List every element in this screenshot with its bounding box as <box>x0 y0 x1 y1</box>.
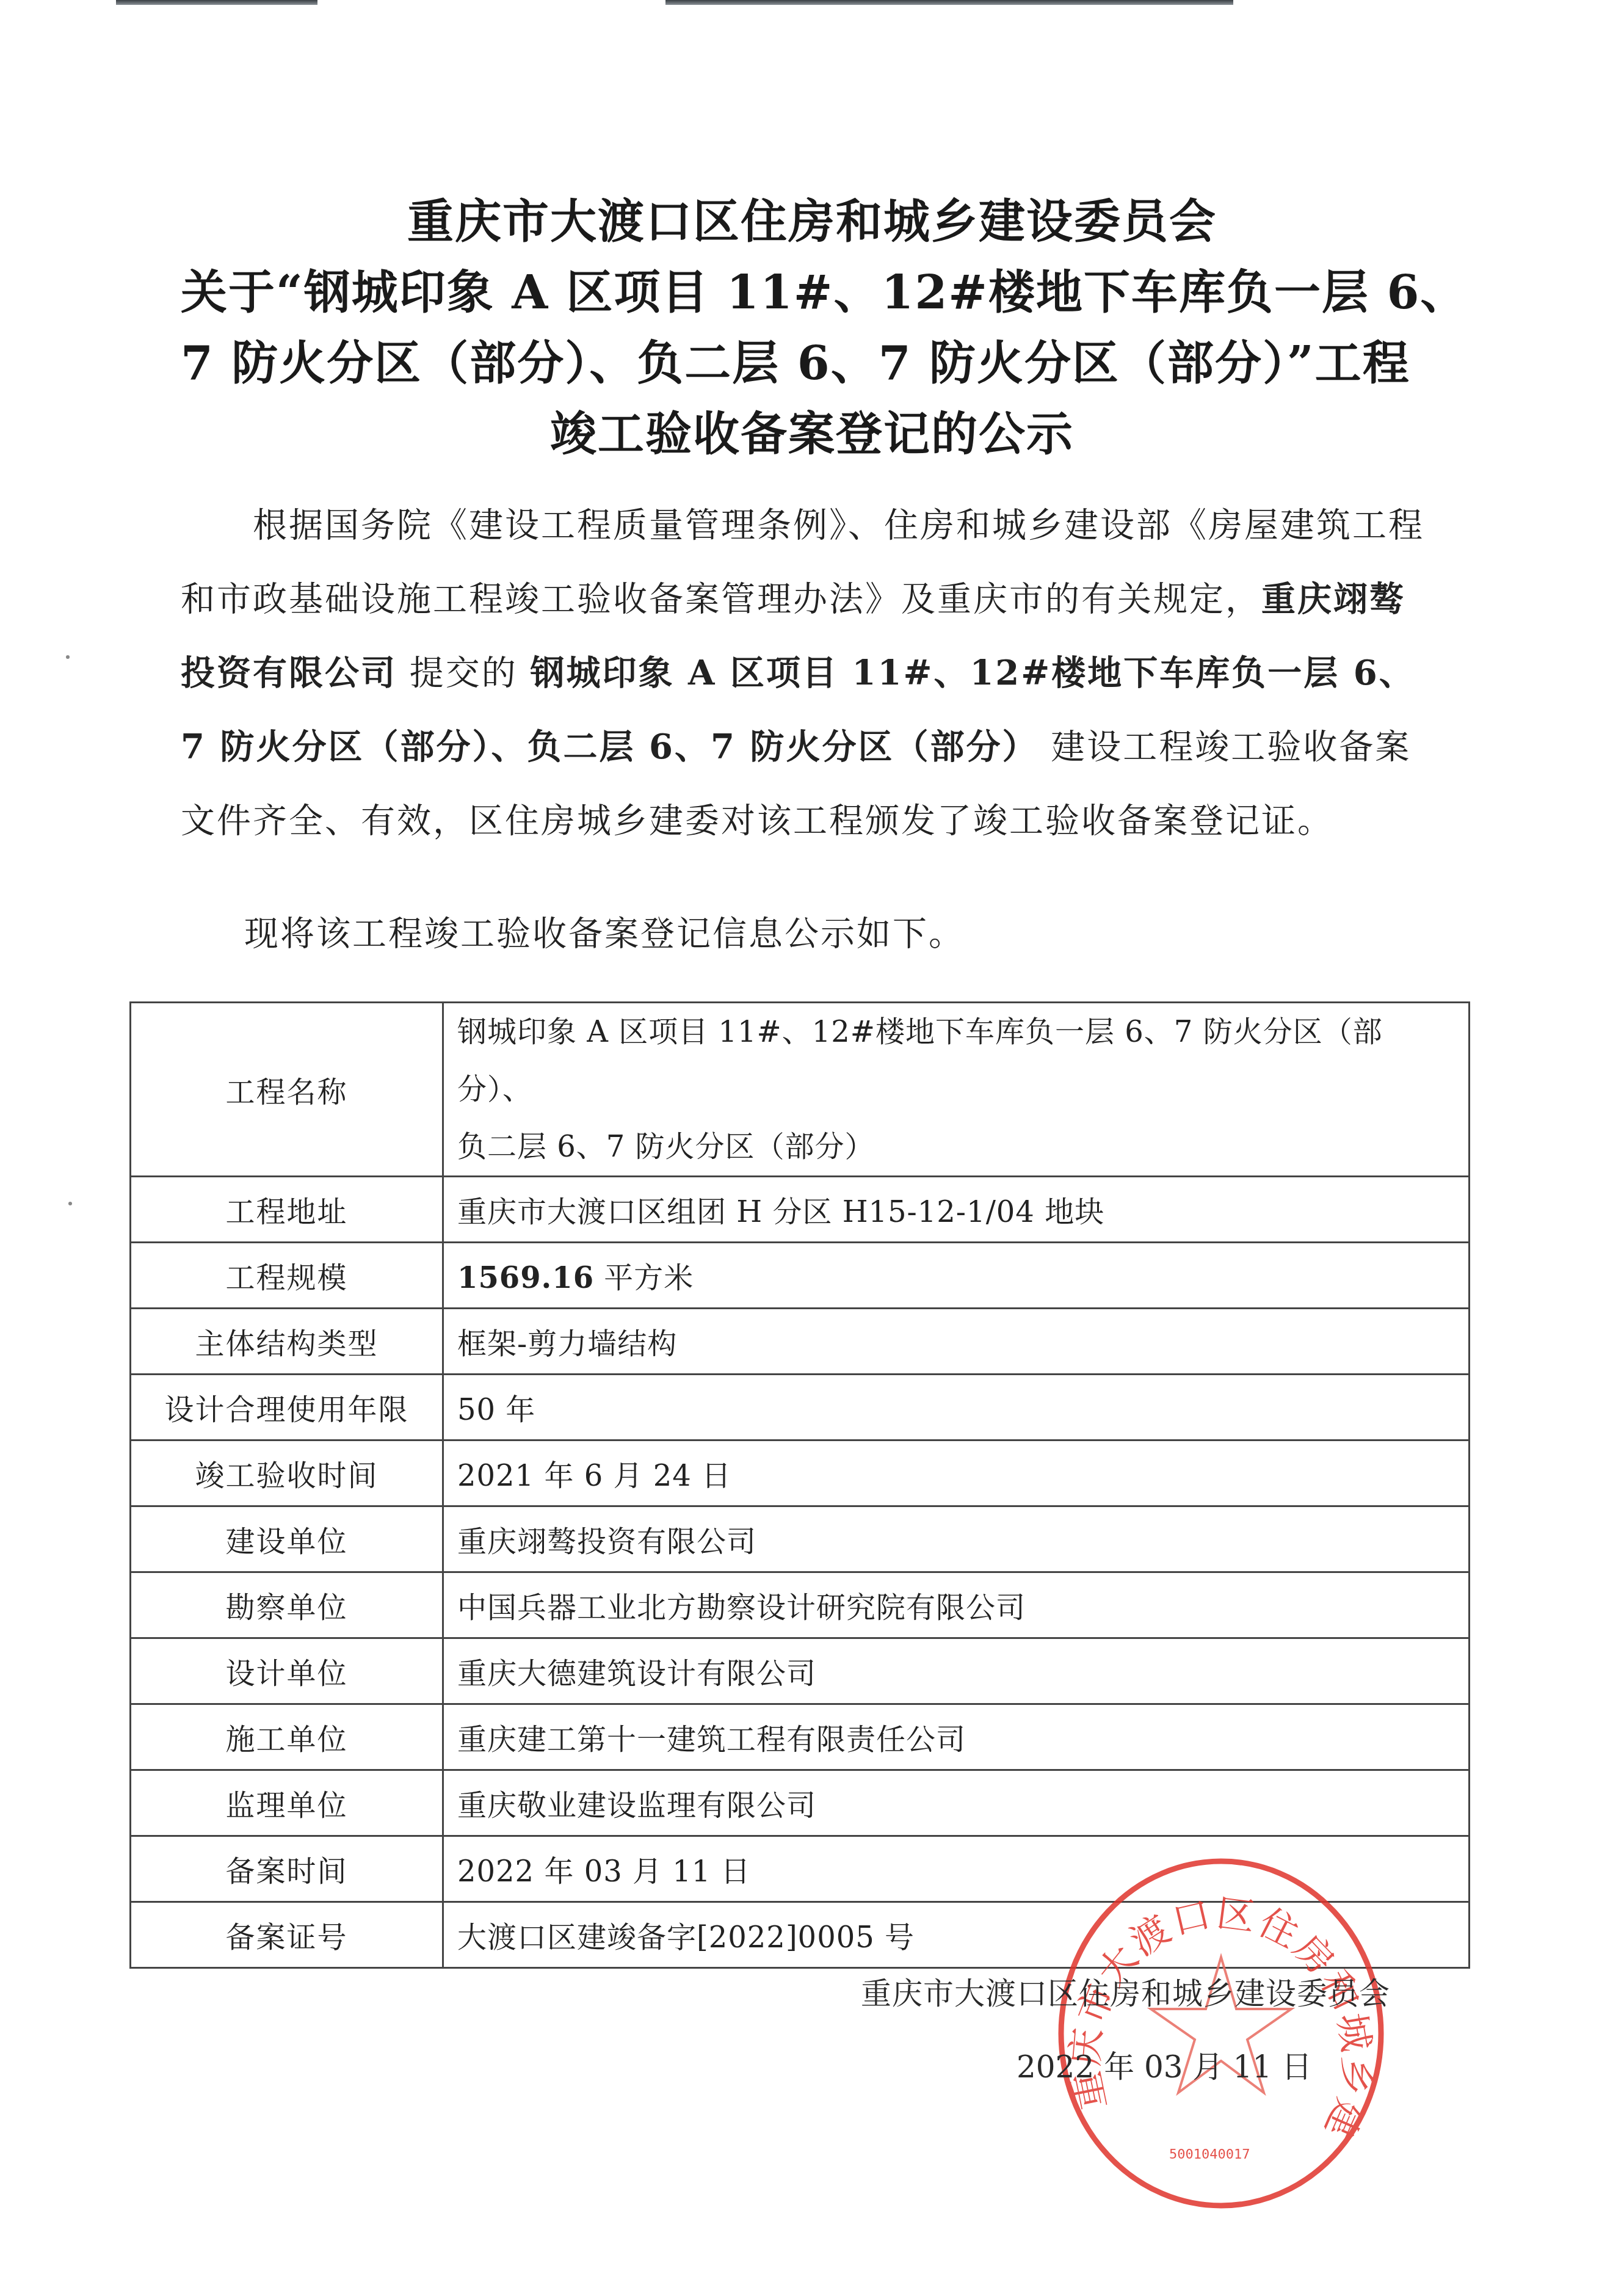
scan-speck <box>66 655 70 659</box>
table-row: 施工单位 重庆建工第十一建筑工程有限责任公司 <box>131 1704 1470 1770</box>
row-label: 施工单位 <box>131 1704 443 1770</box>
row-label: 工程名称 <box>131 1003 443 1177</box>
table-row: 竣工验收时间 2021 年 6 月 24 日 <box>131 1440 1470 1506</box>
table-row: 工程规模 1569.16 平方米 <box>131 1243 1470 1309</box>
row-value: 重庆翊骜投资有限公司 <box>443 1506 1470 1572</box>
signature-org: 重庆市大渡口区住房和城乡建设委员会 <box>861 1969 1390 2013</box>
row-label: 建设单位 <box>131 1506 443 1572</box>
row-value: 50 年 <box>443 1375 1470 1440</box>
row-label: 工程规模 <box>131 1243 443 1309</box>
table-row: 主体结构类型 框架-剪力墙结构 <box>131 1309 1470 1375</box>
table-row: 设计单位 重庆大德建筑设计有限公司 <box>131 1638 1470 1704</box>
table-row: 勘察单位 中国兵器工业北方勘察设计研究院有限公司 <box>131 1572 1470 1638</box>
title-line-1: 重庆市大渡口区住房和城乡建设委员会 <box>0 186 1624 257</box>
paragraph-2: 现将该工程竣工验收备案登记信息公示如下。 <box>244 907 965 956</box>
legal-basis-text: 根据国务院《建设工程质量管理条例》、住房和城乡建设部《房屋建筑工程和市政基础设施… <box>181 506 1424 619</box>
table-row: 工程名称 钢城印象 A 区项目 11#、12#楼地下车库负一层 6、7 防火分区… <box>131 1003 1470 1177</box>
scan-edge-left <box>116 0 317 5</box>
row-label: 设计单位 <box>131 1638 443 1704</box>
signature-date: 2022 年 03 月 11 日 <box>1017 2043 1312 2087</box>
row-value: 重庆敬业建设监理有限公司 <box>443 1770 1470 1836</box>
official-seal-icon: 重庆市大渡口区住房和城乡建设委员会 5001040017 <box>1053 1853 1389 2214</box>
scan-edge-center <box>665 0 1233 5</box>
row-value: 重庆建工第十一建筑工程有限责任公司 <box>443 1704 1470 1770</box>
title-line-2: 关于“钢城印象 A 区项目 11#、12#楼地下车库负一层 6、 <box>0 257 1624 328</box>
row-label: 工程地址 <box>131 1177 443 1243</box>
submitted-text: 提交的 <box>397 653 531 693</box>
scan-speck <box>68 1202 72 1205</box>
project-name-line-2: 负二层 6、7 防火分区（部分） <box>457 1118 1455 1175</box>
row-value: 钢城印象 A 区项目 11#、12#楼地下车库负一层 6、7 防火分区（部分）、… <box>443 1003 1470 1177</box>
row-value: 重庆市大渡口区组团 H 分区 H15-12-1/04 地块 <box>443 1177 1470 1243</box>
row-label: 竣工验收时间 <box>131 1440 443 1506</box>
project-name-line-1: 钢城印象 A 区项目 11#、12#楼地下车库负一层 6、7 防火分区（部分）、 <box>457 1003 1455 1118</box>
row-label: 监理单位 <box>131 1770 443 1836</box>
table-row: 建设单位 重庆翊骜投资有限公司 <box>131 1506 1470 1572</box>
row-label: 设计合理使用年限 <box>131 1375 443 1440</box>
row-value: 中国兵器工业北方勘察设计研究院有限公司 <box>443 1572 1470 1638</box>
area-unit: 平方米 <box>594 1261 694 1295</box>
body-paragraph: 根据国务院《建设工程质量管理条例》、住房和城乡建设部《房屋建筑工程和市政基础设施… <box>181 489 1429 858</box>
row-value: 2021 年 6 月 24 日 <box>443 1440 1470 1506</box>
row-label: 备案时间 <box>131 1836 443 1902</box>
record-info-table: 工程名称 钢城印象 A 区项目 11#、12#楼地下车库负一层 6、7 防火分区… <box>129 1001 1470 1969</box>
row-label: 主体结构类型 <box>131 1309 443 1375</box>
row-label: 勘察单位 <box>131 1572 443 1638</box>
table-row: 工程地址 重庆市大渡口区组团 H 分区 H15-12-1/04 地块 <box>131 1177 1470 1243</box>
row-value: 1569.16 平方米 <box>443 1243 1470 1309</box>
row-value: 重庆大德建筑设计有限公司 <box>443 1638 1470 1704</box>
title-line-3: 7 防火分区（部分）、负二层 6、7 防火分区（部分）”工程 <box>0 328 1624 399</box>
row-value: 框架-剪力墙结构 <box>443 1309 1470 1375</box>
table-row: 设计合理使用年限 50 年 <box>131 1375 1470 1440</box>
document-title: 重庆市大渡口区住房和城乡建设委员会 关于“钢城印象 A 区项目 11#、12#楼… <box>0 186 1624 470</box>
paragraph-1: 根据国务院《建设工程质量管理条例》、住房和城乡建设部《房屋建筑工程和市政基础设施… <box>181 489 1429 858</box>
svg-text:5001040017: 5001040017 <box>1169 2147 1250 2162</box>
title-line-4: 竣工验收备案登记的公示 <box>0 399 1624 470</box>
table-row: 监理单位 重庆敬业建设监理有限公司 <box>131 1770 1470 1836</box>
area-number: 1569.16 <box>457 1261 594 1295</box>
row-label: 备案证号 <box>131 1902 443 1968</box>
